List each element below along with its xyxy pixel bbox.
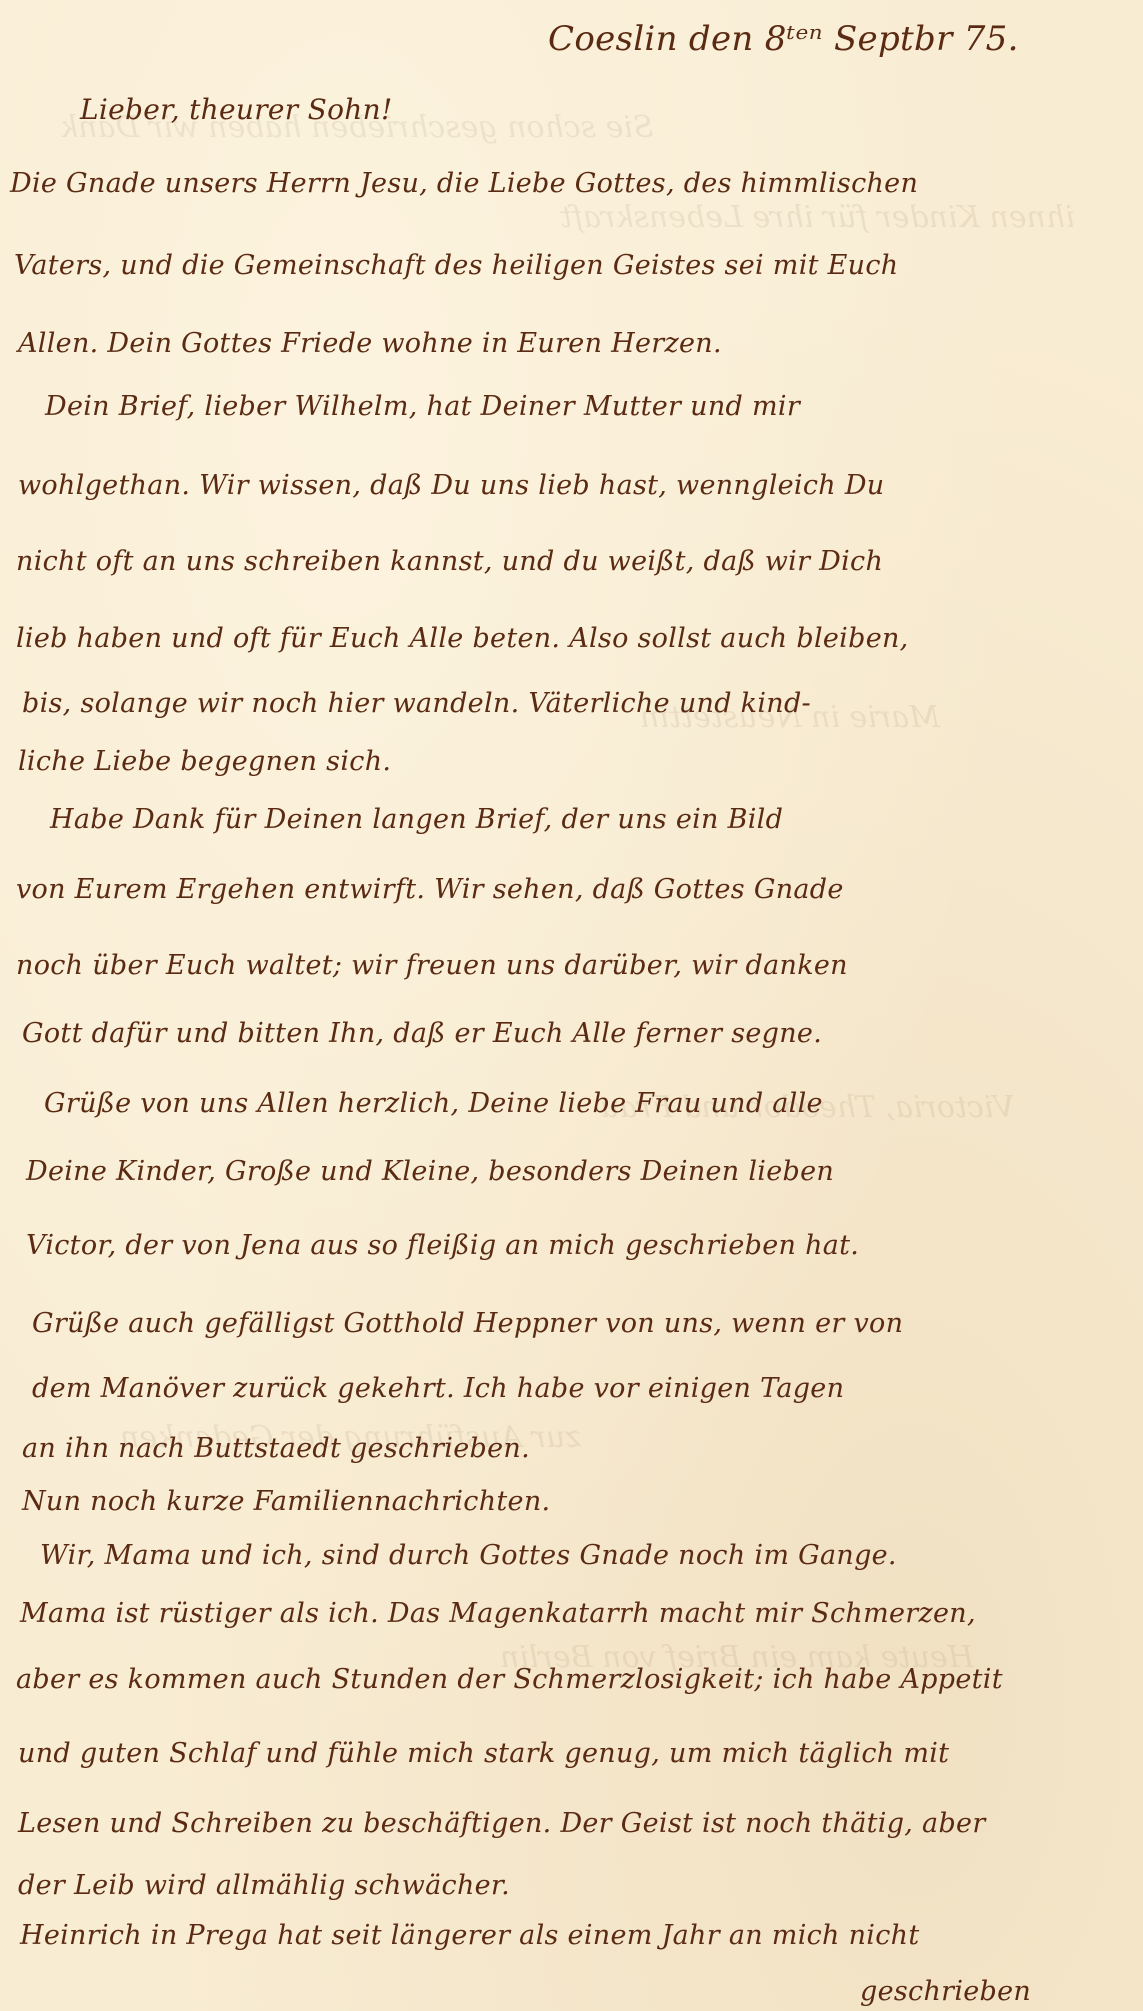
letter-line: wohlgethan. Wir wissen, daß Du uns lieb …: [18, 472, 884, 499]
letter-line: der Leib wird allmählig schwächer.: [18, 1872, 510, 1899]
letter-line: noch über Euch waltet; wir freuen uns da…: [16, 952, 848, 979]
letter-line: Allen. Dein Gottes Friede wohne in Euren…: [18, 330, 722, 357]
letter-line: Lesen und Schreiben zu beschäftigen. Der…: [18, 1810, 986, 1837]
letter-line: geschrieben: [860, 1978, 1031, 2005]
dateline: Coeslin den 8ᵗᵉⁿ Septbr 75.: [548, 22, 1019, 56]
letter-line: Heinrich in Prega hat seit längerer als …: [20, 1922, 920, 1949]
letter-line: Vaters, und die Gemeinschaft des heilige…: [14, 252, 899, 279]
letter-page: Coeslin den 8ᵗᵉⁿ Septbr 75. Lieber, theu…: [0, 0, 1143, 2011]
letter-line: liche Liebe begegnen sich.: [18, 748, 391, 775]
letter-line: und guten Schlaf und fühle mich stark ge…: [18, 1740, 949, 1767]
letter-line: an ihn nach Buttstaedt geschrieben.: [22, 1435, 530, 1462]
letter-line: bis, solange wir noch hier wandeln. Väte…: [22, 690, 811, 717]
letter-line: aber es kommen auch Stunden der Schmerzl…: [16, 1666, 1003, 1693]
letter-line: Victor, der von Jena aus so fleißig an m…: [26, 1232, 859, 1259]
letter-line: Deine Kinder, Große und Kleine, besonder…: [26, 1158, 834, 1185]
letter-line: Grüße auch gefälligst Gotthold Heppner v…: [32, 1310, 903, 1337]
letter-line: Die Gnade unsers Herrn Jesu, die Liebe G…: [10, 170, 918, 197]
letter-line: Grüße von uns Allen herzlich, Deine lieb…: [44, 1090, 823, 1117]
letter-line: lieb haben und oft für Euch Alle beten. …: [16, 625, 909, 652]
salutation: Lieber, theurer Sohn!: [80, 96, 393, 124]
letter-line: Nun noch kurze Familiennachrichten.: [22, 1488, 550, 1515]
letter-line: von Eurem Ergehen entwirft. Wir sehen, d…: [16, 876, 844, 903]
letter-line: nicht oft an uns schreiben kannst, und d…: [16, 548, 883, 575]
letter-line: Wir, Mama und ich, sind durch Gottes Gna…: [40, 1542, 897, 1569]
letter-line: Dein Brief, lieber Wilhelm, hat Deiner M…: [45, 393, 800, 420]
letter-line: Habe Dank für Deinen langen Brief, der u…: [50, 806, 783, 833]
letter-line: dem Manöver zurück gekehrt. Ich habe vor…: [32, 1375, 844, 1402]
letter-line: Gott dafür und bitten Ihn, daß er Euch A…: [22, 1020, 822, 1047]
letter-line: Mama ist rüstiger als ich. Das Magenkata…: [20, 1600, 976, 1627]
